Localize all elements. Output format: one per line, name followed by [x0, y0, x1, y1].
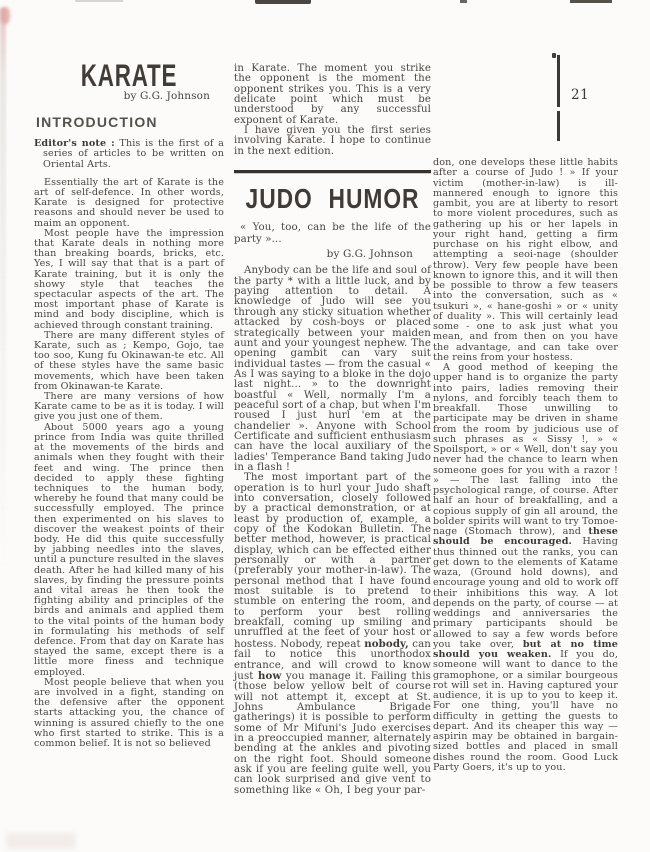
paragraph: Anybody can be the life and soul of the …	[234, 266, 431, 473]
scan-artifact	[6, 833, 76, 849]
magazine-page: 21 KARATE by G.G. Johnson INTRODUCTION E…	[0, 0, 650, 852]
paragraph: in Karate. The moment you strike the opp…	[234, 64, 431, 126]
judo-byline: by G.G. Johnson	[234, 249, 413, 259]
page-margin-bar	[557, 55, 560, 107]
paragraph: There are many versions of how Karate ca…	[34, 392, 224, 423]
judo-column3-body: don, one develops these little habits af…	[433, 158, 618, 773]
column-karate: KARATE by G.G. Johnson INTRODUCTION Edit…	[34, 55, 224, 749]
red-edge-mark	[0, 7, 10, 24]
judo-column2-body: Anybody can be the life and soul of the …	[234, 266, 431, 796]
paragraph: There are many different styles of Karat…	[34, 331, 224, 392]
paragraph: About 5000 years ago a young prince from…	[34, 423, 224, 678]
page-margin-bar	[557, 111, 560, 141]
paragraph: A good method of keeping the upper hand …	[433, 363, 618, 773]
paragraph: don, one develops these little habits af…	[433, 158, 618, 363]
editors-note: Editor's note : This is the first of a s…	[34, 139, 224, 170]
introduction-heading: INTRODUCTION	[36, 114, 224, 130]
paragraph: Most people have the impression that Kar…	[34, 229, 224, 331]
scan-artifact	[255, 0, 311, 4]
paragraph: Essentially the art of Karate is the art…	[34, 178, 224, 229]
paragraph: The most important part of the operation…	[234, 473, 431, 796]
karate-column1-body: Essentially the art of Karate is the art…	[34, 178, 224, 749]
paragraph: Most people believe that when you are in…	[34, 678, 224, 749]
karate-column2-body: in Karate. The moment you strike the opp…	[234, 64, 431, 157]
karate-article-title: KARATE	[53, 59, 205, 93]
scan-artifact	[570, 0, 612, 3]
section-divider-rule	[234, 170, 431, 173]
left-edge-scan-shade	[0, 8, 6, 568]
scan-artifact	[552, 53, 556, 58]
scan-artifact	[460, 0, 467, 3]
judo-article-title: JUDO HUMOR	[239, 184, 426, 216]
page-number: 21	[571, 87, 589, 103]
paragraph: I have given you the first series involv…	[234, 126, 431, 157]
scan-artifact	[75, 0, 123, 2]
column-right: don, one develops these little habits af…	[433, 158, 618, 773]
judo-subtitle: « You, too, can be the life of the party…	[234, 222, 431, 245]
column-middle: in Karate. The moment you strike the opp…	[234, 64, 431, 796]
